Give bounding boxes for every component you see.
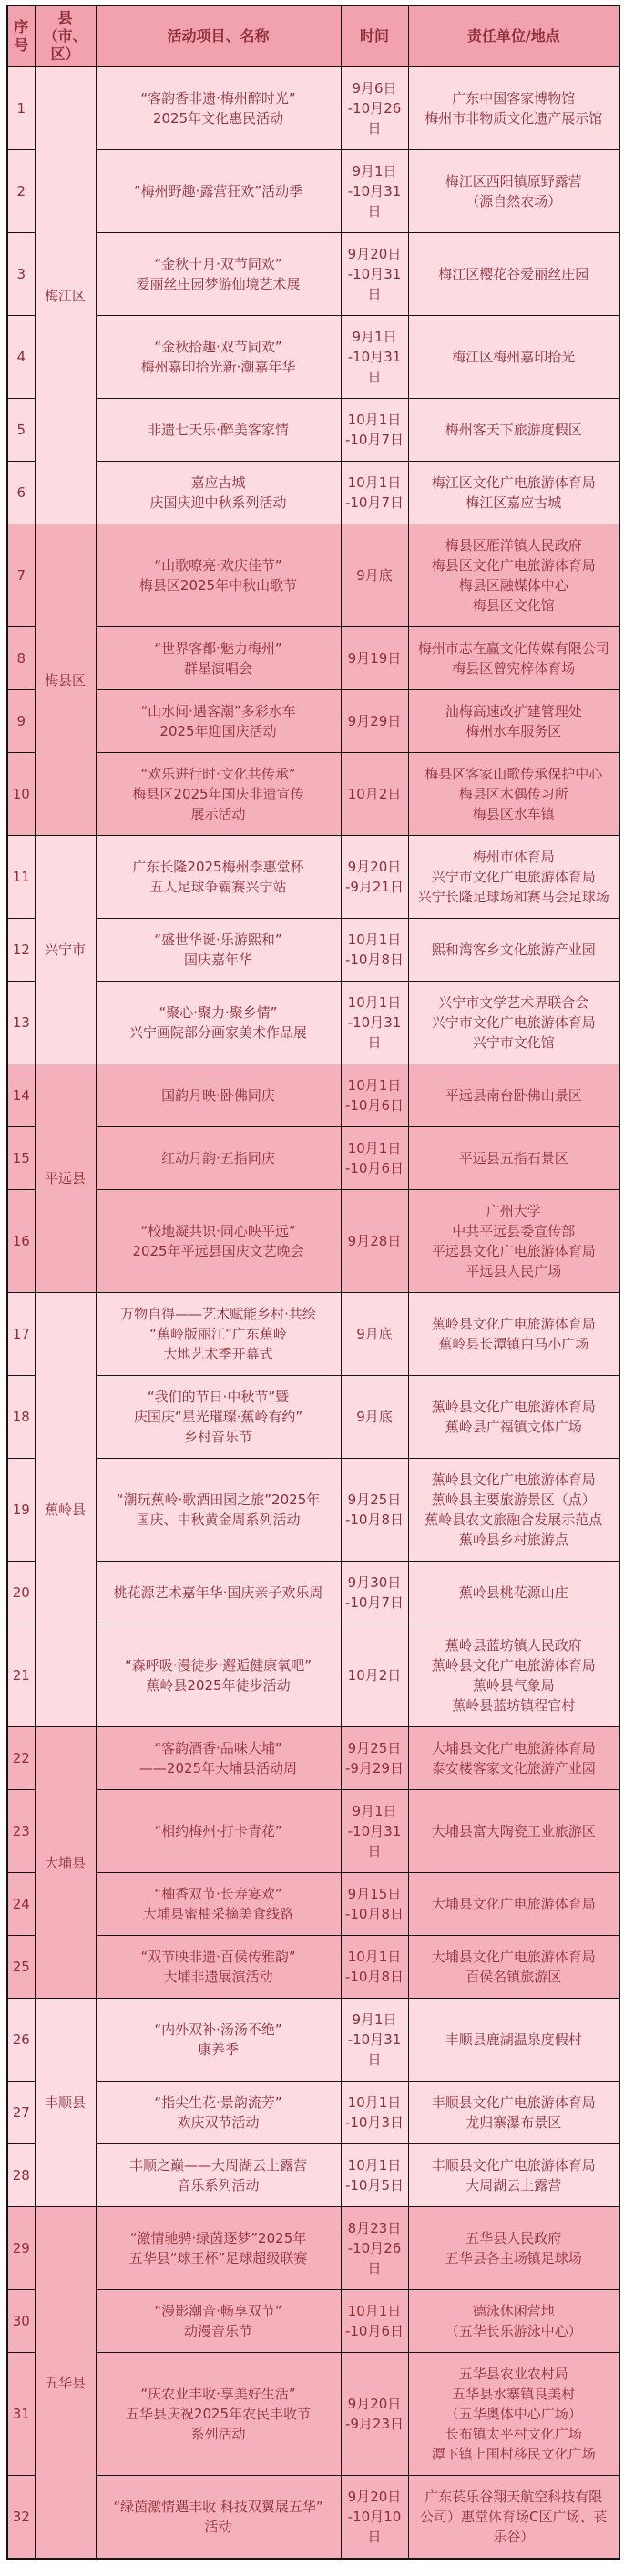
unit-line: 蕉岭县蓝坊镇程官村 bbox=[412, 1695, 617, 1716]
activity-line: “激情驰骋·绿茵逐梦”2025年 bbox=[99, 2228, 338, 2248]
unit-line: 兴宁市文化馆 bbox=[412, 1033, 617, 1053]
activity-cell: “相约梅州·打卡青花” bbox=[96, 1790, 341, 1873]
time-line: -10月3日 bbox=[344, 2113, 405, 2133]
unit-line: 梅江区嘉应古城 bbox=[412, 493, 617, 513]
unit-cell: 蕉岭县蓝坊镇人民政府蕉岭县文化广电旅游体育局蕉岭县气象局蕉岭县蓝坊镇程官村 bbox=[408, 1624, 619, 1727]
activity-line: “蕉岭版丽江”广东蕉岭 bbox=[99, 1324, 338, 1344]
time-line: -10月26日 bbox=[344, 98, 405, 138]
activity-cell: “金秋拾趣·双节同欢”梅州嘉印拾光新·潮嘉年华 bbox=[96, 316, 341, 399]
unit-cell: 丰顺县文化广电旅游体育局大周湖云上露营 bbox=[408, 2144, 619, 2207]
table-row: 10“欢乐进行时·文化共传承”梅县区2025年国庆非遗宣传展示活动10月2日梅县… bbox=[7, 753, 619, 836]
time-line: -9月29日 bbox=[344, 1758, 405, 1778]
unit-line: 平远县人民广场 bbox=[412, 1261, 617, 1281]
time-cell: 10月2日 bbox=[341, 753, 408, 836]
time-cell: 10月1日-10月8日 bbox=[341, 919, 408, 982]
row-number-cell: 12 bbox=[7, 919, 35, 982]
unit-cell: 梅江区樱花谷爱丽丝庄园 bbox=[408, 233, 619, 316]
row-number-cell: 17 bbox=[7, 1293, 35, 1376]
time-cell: 9月1日-10月31日 bbox=[341, 150, 408, 233]
time-line: -10月8日 bbox=[344, 1904, 405, 1924]
activity-line: ——2025年大埔县活动周 bbox=[99, 1758, 338, 1778]
unit-cell: 蕉岭县桃花源山庄 bbox=[408, 1562, 619, 1624]
activity-cell: “森呼吸·漫徒步·邂逅健康氧吧”蕉岭县2025年徒步活动 bbox=[96, 1624, 341, 1727]
activity-line: 非遗七天乐·醉美客家情 bbox=[99, 420, 338, 440]
table-row: 1梅江区“客韵香非遗·梅州醉时光”2025年文化惠民活动9月6日-10月26日广… bbox=[7, 67, 619, 150]
unit-line: 五华县水寨镇良美村 bbox=[412, 2384, 617, 2404]
activity-line: “相约梅州·打卡青花” bbox=[99, 1821, 338, 1841]
unit-line: 梅江区文化广电旅游体育局 bbox=[412, 473, 617, 493]
unit-line: 蕉岭县农文旅融合发展示范点 bbox=[412, 1510, 617, 1530]
time-line: 9月底 bbox=[344, 1324, 405, 1344]
county-cell: 蕉岭县 bbox=[35, 1293, 96, 1727]
activity-line: “聚心·聚力·聚乡情” bbox=[99, 1003, 338, 1023]
activity-line: 梅州嘉印拾光新·潮嘉年华 bbox=[99, 357, 338, 377]
time-cell: 10月1日-10月6日 bbox=[341, 2290, 408, 2353]
unit-line: 兴宁长隆足球场和赛马会足球场 bbox=[412, 887, 617, 907]
activity-cell: “山歌嘹亮·欢庆佳节”梅县区2025年中秋山歌节 bbox=[96, 524, 341, 627]
row-number-cell: 30 bbox=[7, 2290, 35, 2353]
unit-line: 蕉岭县文化广电旅游体育局 bbox=[412, 1314, 617, 1334]
time-line: -10月31日 bbox=[344, 264, 405, 304]
time-cell: 10月1日-10月3日 bbox=[341, 2082, 408, 2144]
row-number-cell: 4 bbox=[7, 316, 35, 399]
unit-line: 梅县区曾宪梓体育场 bbox=[412, 658, 617, 678]
unit-line: 大埔县富大陶瓷工业旅游区 bbox=[412, 1821, 617, 1841]
activity-line: “柚香双节·长寿宴欢” bbox=[99, 1884, 338, 1904]
time-line: 10月1日 bbox=[344, 2092, 405, 2113]
table-row: 5非遗七天乐·醉美客家情10月1日-10月7日梅州客天下旅游度假区 bbox=[7, 399, 619, 462]
unit-cell: 梅州市体育局兴宁市文化广电旅游体育局兴宁长隆足球场和赛马会足球场 bbox=[408, 836, 619, 919]
activity-line: 康养季 bbox=[99, 2040, 338, 2060]
table-row: 22大埔县“客韵酒香·品味大埔”——2025年大埔县活动周9月25日-9月29日… bbox=[7, 1727, 619, 1790]
table-row: 14平远县国韵月映·卧佛同庆10月1日-10月6日平远县南台卧佛山景区 bbox=[7, 1064, 619, 1127]
table-row: 12“盛世华诞·乐游熙和”国庆嘉年华10月1日-10月8日熙和湾客乡文化旅游产业… bbox=[7, 919, 619, 982]
activity-line: 蕉岭县2025年徒步活动 bbox=[99, 1675, 338, 1695]
time-line: 8月23日 bbox=[344, 2218, 405, 2238]
time-line: -10月7日 bbox=[344, 430, 405, 450]
unit-line: 梅州市志在赢文化传媒有限公司 bbox=[412, 638, 617, 658]
unit-line: 五华县各主场镇足球场 bbox=[412, 2248, 617, 2268]
unit-line: 兴宁市文化广电旅游体育局 bbox=[412, 867, 617, 887]
time-line: 9月15日 bbox=[344, 1884, 405, 1904]
row-number-cell: 9 bbox=[7, 690, 35, 753]
table-row: 24“柚香双节·长寿宴欢”大埔县蜜柚采摘美食线路9月15日-10月8日大埔县文化… bbox=[7, 1873, 619, 1936]
unit-line: 丰顺县文化广电旅游体育局 bbox=[412, 2155, 617, 2175]
time-cell: 9月20日-10月10日 bbox=[341, 2476, 408, 2560]
time-line: 9月28日 bbox=[344, 1231, 405, 1251]
unit-line: 大埔县文化广电旅游体育局 bbox=[412, 1947, 617, 1967]
unit-line: 梅江区西阳镇原野露营 bbox=[412, 171, 617, 191]
activity-line: 爱丽丝庄园梦游仙境艺术展 bbox=[99, 274, 338, 294]
time-line: 9月29日 bbox=[344, 711, 405, 731]
unit-line: 熙和湾客乡文化旅游产业园 bbox=[412, 940, 617, 960]
unit-cell: 平远县南台卧佛山景区 bbox=[408, 1064, 619, 1127]
time-cell: 9月25日-9月29日 bbox=[341, 1727, 408, 1790]
activity-line: 音乐系列活动 bbox=[99, 2175, 338, 2195]
activity-cell: 红动月韵·五指同庆 bbox=[96, 1127, 341, 1190]
time-line: 10月1日 bbox=[344, 1075, 405, 1095]
row-number-cell: 21 bbox=[7, 1624, 35, 1727]
time-line: 10月1日 bbox=[344, 1138, 405, 1158]
time-cell: 10月1日-10月6日 bbox=[341, 1127, 408, 1190]
activity-line: “金秋拾趣·双节同欢” bbox=[99, 337, 338, 357]
time-line: 9月底 bbox=[344, 1407, 405, 1427]
time-line: -10月8日 bbox=[344, 1510, 405, 1530]
activity-line: 国庆、中秋黄金周系列活动 bbox=[99, 1510, 338, 1530]
activity-line: 五华县庆祝2025年农民丰收节 bbox=[99, 2404, 338, 2424]
unit-line: 潭下镇上围村移民文化广场 bbox=[412, 2444, 617, 2464]
activity-line: 2025年迎国庆活动 bbox=[99, 721, 338, 741]
time-line: -9月21日 bbox=[344, 877, 405, 897]
activity-cell: 嘉应古城庆国庆迎中秋系列活动 bbox=[96, 462, 341, 524]
activity-line: “金秋十月·双节同欢” bbox=[99, 254, 338, 274]
activity-cell: 非遗七天乐·醉美客家情 bbox=[96, 399, 341, 462]
activity-line: 五华县“球王杯”足球超级联赛 bbox=[99, 2248, 338, 2268]
activity-line: “欢乐进行时·文化共传承” bbox=[99, 764, 338, 784]
unit-line: 梅江区梅州嘉印拾光 bbox=[412, 347, 617, 367]
unit-line: 广州大学 bbox=[412, 1201, 617, 1221]
county-cell: 五华县 bbox=[35, 2207, 96, 2560]
time-line: 10月1日 bbox=[344, 410, 405, 430]
unit-line: 蕉岭县文化广电旅游体育局 bbox=[412, 1397, 617, 1417]
time-cell: 10月1日-10月7日 bbox=[341, 399, 408, 462]
table-row: 32“绿茵激情遇丰收 科技双翼展五华”活动9月20日-10月10日广东苌乐谷翔天… bbox=[7, 2476, 619, 2560]
time-cell: 9月30日-10月7日 bbox=[341, 1562, 408, 1624]
time-line: -10月6日 bbox=[344, 1158, 405, 1178]
activity-line: “客韵酒香·品味大埔” bbox=[99, 1738, 338, 1758]
unit-line: 广东中国客家博物馆 bbox=[412, 88, 617, 108]
time-line: -10月31日 bbox=[344, 1013, 405, 1053]
unit-line: 蕉岭县长潭镇白马小广场 bbox=[412, 1334, 617, 1354]
row-number-cell: 3 bbox=[7, 233, 35, 316]
unit-line: 梅州市体育局 bbox=[412, 847, 617, 867]
time-line: -10月8日 bbox=[344, 950, 405, 970]
activity-line: 万物自得——艺术赋能乡村·共绘 bbox=[99, 1304, 338, 1324]
activity-line: “漫影潮音·畅享双节” bbox=[99, 2301, 338, 2321]
county-cell: 梅江区 bbox=[35, 67, 96, 524]
activity-line: 红动月韵·五指同庆 bbox=[99, 1148, 338, 1168]
unit-line: 梅县区雁洋镇人民政府 bbox=[412, 535, 617, 555]
county-cell: 平远县 bbox=[35, 1064, 96, 1293]
activity-line: “我们的节日·中秋节”暨 bbox=[99, 1387, 338, 1407]
time-cell: 10月1日-10月8日 bbox=[341, 1936, 408, 1999]
unit-line: 公司）惠堂体育场C区广场、苌 bbox=[412, 2507, 617, 2527]
time-cell: 9月底 bbox=[341, 524, 408, 627]
activity-cell: “金秋十月·双节同欢”爱丽丝庄园梦游仙境艺术展 bbox=[96, 233, 341, 316]
time-cell: 9月28日 bbox=[341, 1190, 408, 1293]
row-number-cell: 28 bbox=[7, 2144, 35, 2207]
unit-line: 蕉岭县蓝坊镇人民政府 bbox=[412, 1635, 617, 1655]
unit-cell: 梅江区梅州嘉印拾光 bbox=[408, 316, 619, 399]
unit-line: 梅州水车服务区 bbox=[412, 721, 617, 741]
unit-cell: 兴宁市文学艺术界联合会兴宁市文化广电旅游体育局兴宁市文化馆 bbox=[408, 982, 619, 1064]
activity-cell: 国韵月映·卧佛同庆 bbox=[96, 1064, 341, 1127]
unit-line: 蕉岭县乡村旅游点 bbox=[412, 1530, 617, 1550]
time-line: 9月25日 bbox=[344, 1738, 405, 1758]
activity-cell: 桃花源艺术嘉年华·国庆亲子欢乐周 bbox=[96, 1562, 341, 1624]
time-cell: 9月29日 bbox=[341, 690, 408, 753]
activity-cell: “山水间·遇客潮”多彩水车2025年迎国庆活动 bbox=[96, 690, 341, 753]
unit-cell: 大埔县文化广电旅游体育局泰安楼客家文化旅游产业园 bbox=[408, 1727, 619, 1790]
activity-line: 桃花源艺术嘉年华·国庆亲子欢乐周 bbox=[99, 1583, 338, 1603]
time-line: 10月2日 bbox=[344, 1665, 405, 1685]
unit-line: 蕉岭县气象局 bbox=[412, 1675, 617, 1695]
unit-cell: 大埔县文化广电旅游体育局百侯名镇旅游区 bbox=[408, 1936, 619, 1999]
column-header-activity: 活动项目、名称 bbox=[96, 5, 341, 67]
unit-cell: 大埔县文化广电旅游体育局 bbox=[408, 1873, 619, 1936]
table-row: 11兴宁市广东长隆2025梅州李惠堂杯五人足球争霸赛兴宁站9月20日-9月21日… bbox=[7, 836, 619, 919]
unit-cell: 熙和湾客乡文化旅游产业园 bbox=[408, 919, 619, 982]
table-row: 20桃花源艺术嘉年华·国庆亲子欢乐周9月30日-10月7日蕉岭县桃花源山庄 bbox=[7, 1562, 619, 1624]
header-row: 序号 县（市、区） 活动项目、名称 时间 责任单位/地点 bbox=[7, 5, 619, 67]
table-row: 27“指尖生花·景韵流芳”欢庆双节活动10月1日-10月3日丰顺县文化广电旅游体… bbox=[7, 2082, 619, 2144]
activity-line: “内外双补·汤汤不绝” bbox=[99, 2020, 338, 2040]
activity-cell: “客韵酒香·品味大埔”——2025年大埔县活动周 bbox=[96, 1727, 341, 1790]
activity-cell: “内外双补·汤汤不绝”康养季 bbox=[96, 1999, 341, 2082]
events-table: 序号 县（市、区） 活动项目、名称 时间 责任单位/地点 1梅江区“客韵香非遗·… bbox=[6, 5, 620, 2560]
activity-cell: “世界客都·魅力梅州”群星演唱会 bbox=[96, 627, 341, 690]
time-line: 10月2日 bbox=[344, 784, 405, 804]
row-number-cell: 25 bbox=[7, 1936, 35, 1999]
unit-line: 泰安楼客家文化旅游产业园 bbox=[412, 1758, 617, 1778]
activity-line: “盛世华诞·乐游熙和” bbox=[99, 930, 338, 950]
table-row: 9“山水间·遇客潮”多彩水车2025年迎国庆活动9月29日汕梅高速改扩建管理处梅… bbox=[7, 690, 619, 753]
unit-cell: 梅县区雁洋镇人民政府梅县区文化广电旅游体育局梅县区融媒体中心梅县区文化馆 bbox=[408, 524, 619, 627]
unit-line: 平远县文化广电旅游体育局 bbox=[412, 1241, 617, 1261]
time-cell: 9月1日-10月31日 bbox=[341, 1999, 408, 2082]
activity-line: 兴宁画院部分画家美术作品展 bbox=[99, 1023, 338, 1043]
table-row: 4“金秋拾趣·双节同欢”梅州嘉印拾光新·潮嘉年华9月1日-10月31日梅江区梅州… bbox=[7, 316, 619, 399]
time-line: 9月1日 bbox=[344, 327, 405, 347]
time-line: 9月20日 bbox=[344, 857, 405, 877]
row-number-cell: 11 bbox=[7, 836, 35, 919]
column-header-time: 时间 bbox=[341, 5, 408, 67]
activity-line: “双节映非遗·百侯传雅韵” bbox=[99, 1947, 338, 1967]
table-row: 16“校地凝共识·同心映平远”2025年平远县国庆文艺晚会9月28日广州大学中共… bbox=[7, 1190, 619, 1293]
time-cell: 9月15日-10月8日 bbox=[341, 1873, 408, 1936]
time-line: -10月31日 bbox=[344, 2030, 405, 2070]
time-line: -10月10日 bbox=[344, 2507, 405, 2547]
county-cell: 大埔县 bbox=[35, 1727, 96, 1999]
time-cell: 10月1日-10月5日 bbox=[341, 2144, 408, 2207]
unit-line: 蕉岭县广福镇文体广场 bbox=[412, 1417, 617, 1437]
unit-cell: 梅江区文化广电旅游体育局梅江区嘉应古城 bbox=[408, 462, 619, 524]
unit-line: 大周湖云上露营 bbox=[412, 2175, 617, 2195]
time-line: 10月1日 bbox=[344, 993, 405, 1013]
time-line: 9月19日 bbox=[344, 648, 405, 668]
table-row: 26丰顺县“内外双补·汤汤不绝”康养季9月1日-10月31日丰顺县鹿湖温泉度假村 bbox=[7, 1999, 619, 2082]
table-row: 15红动月韵·五指同庆10月1日-10月6日平远县五指石景区 bbox=[7, 1127, 619, 1190]
time-line: -10月8日 bbox=[344, 1967, 405, 1987]
row-number-cell: 13 bbox=[7, 982, 35, 1064]
time-cell: 10月1日-10月7日 bbox=[341, 462, 408, 524]
time-cell: 9月底 bbox=[341, 1376, 408, 1459]
activity-line: 群星演唱会 bbox=[99, 658, 338, 678]
unit-line: 兴宁市文学艺术界联合会 bbox=[412, 993, 617, 1013]
unit-line: 德泳休闲营地 bbox=[412, 2301, 617, 2321]
row-number-cell: 16 bbox=[7, 1190, 35, 1293]
unit-line: （五华长乐游泳中心） bbox=[412, 2321, 617, 2341]
activity-line: 国庆嘉年华 bbox=[99, 950, 338, 970]
time-cell: 9月6日-10月26日 bbox=[341, 67, 408, 150]
time-line: 9月25日 bbox=[344, 1490, 405, 1510]
unit-cell: 梅州市志在赢文化传媒有限公司梅县区曾宪梓体育场 bbox=[408, 627, 619, 690]
unit-cell: 广东苌乐谷翔天航空科技有限公司）惠堂体育场C区广场、苌乐谷） bbox=[408, 2476, 619, 2560]
time-line: -10月5日 bbox=[344, 2175, 405, 2195]
row-number-cell: 8 bbox=[7, 627, 35, 690]
unit-cell: 五华县农业农村局五华县水寨镇良美村（五华奥体中心广场）长布镇太平村文化广场潭下镇… bbox=[408, 2353, 619, 2476]
activity-line: 活动 bbox=[99, 2517, 338, 2537]
time-line: -10月31日 bbox=[344, 1821, 405, 1861]
time-cell: 10月1日-10月31日 bbox=[341, 982, 408, 1064]
unit-line: 乐谷） bbox=[412, 2527, 617, 2547]
table-row: 7梅县区“山歌嘹亮·欢庆佳节”梅县区2025年中秋山歌节9月底梅县区雁洋镇人民政… bbox=[7, 524, 619, 627]
time-cell: 9月20日-9月23日 bbox=[341, 2353, 408, 2476]
row-number-cell: 14 bbox=[7, 1064, 35, 1127]
row-number-cell: 22 bbox=[7, 1727, 35, 1790]
activity-cell: “校地凝共识·同心映平远”2025年平远县国庆文艺晚会 bbox=[96, 1190, 341, 1293]
time-cell: 8月23日-10月26日 bbox=[341, 2207, 408, 2290]
time-line: -10月6日 bbox=[344, 2321, 405, 2341]
activity-line: 2025年平远县国庆文艺晚会 bbox=[99, 1241, 338, 1261]
time-line: -10月31日 bbox=[344, 181, 405, 221]
activity-line: “山歌嘹亮·欢庆佳节” bbox=[99, 555, 338, 575]
unit-line: 龙归寨瀑布景区 bbox=[412, 2113, 617, 2133]
unit-line: 广东苌乐谷翔天航空科技有限 bbox=[412, 2487, 617, 2507]
row-number-cell: 6 bbox=[7, 462, 35, 524]
time-cell: 10月1日-10月6日 bbox=[341, 1064, 408, 1127]
unit-cell: 丰顺县文化广电旅游体育局龙归寨瀑布景区 bbox=[408, 2082, 619, 2144]
time-line: 9月20日 bbox=[344, 244, 405, 264]
table-row: 23“相约梅州·打卡青花”9月1日-10月31日大埔县富大陶瓷工业旅游区 bbox=[7, 1790, 619, 1873]
unit-line: 大埔县文化广电旅游体育局 bbox=[412, 1738, 617, 1758]
unit-line: 梅县区文化馆 bbox=[412, 596, 617, 616]
unit-line: 蕉岭县主要旅游景区（点） bbox=[412, 1490, 617, 1510]
time-cell: 9月20日-10月31日 bbox=[341, 233, 408, 316]
time-line: 9月1日 bbox=[344, 161, 405, 181]
unit-cell: 蕉岭县文化广电旅游体育局蕉岭县广福镇文体广场 bbox=[408, 1376, 619, 1459]
table-row: 28丰顺之巅——大周湖云上露营音乐系列活动10月1日-10月5日丰顺县文化广电旅… bbox=[7, 2144, 619, 2207]
row-number-cell: 20 bbox=[7, 1562, 35, 1624]
time-line: 10月1日 bbox=[344, 1947, 405, 1967]
table-body: 1梅江区“客韵香非遗·梅州醉时光”2025年文化惠民活动9月6日-10月26日广… bbox=[7, 67, 619, 2560]
unit-line: 梅县区水车镇 bbox=[412, 804, 617, 824]
table-row: 2“梅州野趣·露营狂欢”活动季9月1日-10月31日梅江区西阳镇原野露营（源自然… bbox=[7, 150, 619, 233]
activity-line: 庆国庆“星光璀璨·蕉岭有约” bbox=[99, 1407, 338, 1427]
unit-line: 梅县区木偶传习所 bbox=[412, 784, 617, 804]
activity-cell: 广东长隆2025梅州李惠堂杯五人足球争霸赛兴宁站 bbox=[96, 836, 341, 919]
table-row: 8“世界客都·魅力梅州”群星演唱会9月19日梅州市志在赢文化传媒有限公司梅县区曾… bbox=[7, 627, 619, 690]
time-line: 10月1日 bbox=[344, 2155, 405, 2175]
unit-line: 梅江区樱花谷爱丽丝庄园 bbox=[412, 264, 617, 284]
row-number-cell: 5 bbox=[7, 399, 35, 462]
time-cell: 9月25日-10月8日 bbox=[341, 1459, 408, 1562]
unit-line: 平远县五指石景区 bbox=[412, 1148, 617, 1168]
activity-cell: “激情驰骋·绿茵逐梦”2025年五华县“球王杯”足球超级联赛 bbox=[96, 2207, 341, 2290]
activity-cell: “聚心·聚力·聚乡情”兴宁画院部分画家美术作品展 bbox=[96, 982, 341, 1064]
time-line: 9月30日 bbox=[344, 1573, 405, 1593]
unit-line: 蕉岭县桃花源山庄 bbox=[412, 1583, 617, 1603]
activity-line: “庆农业丰收·享美好生活” bbox=[99, 2384, 338, 2404]
time-line: -10月6日 bbox=[344, 1095, 405, 1115]
unit-line: 蕉岭县文化广电旅游体育局 bbox=[412, 1470, 617, 1490]
unit-cell: 广东中国客家博物馆梅州市非物质文化遗产展示馆 bbox=[408, 67, 619, 150]
time-line: 10月1日 bbox=[344, 930, 405, 950]
unit-line: 兴宁市文化广电旅游体育局 bbox=[412, 1013, 617, 1033]
unit-line: 长布镇太平村文化广场 bbox=[412, 2424, 617, 2444]
unit-line: 五华县人民政府 bbox=[412, 2228, 617, 2248]
unit-cell: 德泳休闲营地（五华长乐游泳中心） bbox=[408, 2290, 619, 2353]
activity-cell: “庆农业丰收·享美好生活”五华县庆祝2025年农民丰收节系列活动 bbox=[96, 2353, 341, 2476]
activity-cell: “我们的节日·中秋节”暨庆国庆“星光璀璨·蕉岭有约”乡村音乐节 bbox=[96, 1376, 341, 1459]
activity-cell: “潮玩蕉岭·歌酒田园之旅”2025年国庆、中秋黄金周系列活动 bbox=[96, 1459, 341, 1562]
row-number-cell: 24 bbox=[7, 1873, 35, 1936]
column-header-county: 县（市、区） bbox=[35, 5, 96, 67]
activity-line: 系列活动 bbox=[99, 2424, 338, 2444]
table-row: 19“潮玩蕉岭·歌酒田园之旅”2025年国庆、中秋黄金周系列活动9月25日-10… bbox=[7, 1459, 619, 1562]
row-number-cell: 29 bbox=[7, 2207, 35, 2290]
activity-line: 梅县区2025年国庆非遗宣传 bbox=[99, 784, 338, 804]
activity-line: 五人足球争霸赛兴宁站 bbox=[99, 877, 338, 897]
table-row: 17蕉岭县万物自得——艺术赋能乡村·共绘“蕉岭版丽江”广东蕉岭大地艺术季开幕式9… bbox=[7, 1293, 619, 1376]
activity-line: 梅县区2025年中秋山歌节 bbox=[99, 575, 338, 596]
time-line: 10月1日 bbox=[344, 2301, 405, 2321]
unit-cell: 蕉岭县文化广电旅游体育局蕉岭县主要旅游景区（点）蕉岭县农文旅融合发展示范点蕉岭县… bbox=[408, 1459, 619, 1562]
row-number-cell: 31 bbox=[7, 2353, 35, 2476]
unit-line: 丰顺县鹿湖温泉度假村 bbox=[412, 2030, 617, 2050]
time-cell: 10月2日 bbox=[341, 1624, 408, 1727]
unit-cell: 平远县五指石景区 bbox=[408, 1127, 619, 1190]
time-cell: 9月19日 bbox=[341, 627, 408, 690]
time-line: 9月20日 bbox=[344, 2487, 405, 2507]
unit-line: 梅县区客家山歌传承保护中心 bbox=[412, 764, 617, 784]
time-line: -10月7日 bbox=[344, 1593, 405, 1613]
activity-line: “客韵香非遗·梅州醉时光” bbox=[99, 88, 338, 108]
unit-cell: 丰顺县鹿湖温泉度假村 bbox=[408, 1999, 619, 2082]
unit-line: 蕉岭县文化广电旅游体育局 bbox=[412, 1655, 617, 1675]
time-line: 9月底 bbox=[344, 565, 405, 585]
unit-line: 百侯名镇旅游区 bbox=[412, 1967, 617, 1987]
row-number-cell: 1 bbox=[7, 67, 35, 150]
unit-line: 丰顺县文化广电旅游体育局 bbox=[412, 2092, 617, 2113]
county-cell: 兴宁市 bbox=[35, 836, 96, 1064]
unit-cell: 五华县人民政府五华县各主场镇足球场 bbox=[408, 2207, 619, 2290]
unit-cell: 蕉岭县文化广电旅游体育局蕉岭县长潭镇白马小广场 bbox=[408, 1293, 619, 1376]
unit-line: 五华县农业农村局 bbox=[412, 2364, 617, 2384]
unit-line: 梅县区文化广电旅游体育局 bbox=[412, 555, 617, 575]
activity-cell: 万物自得——艺术赋能乡村·共绘“蕉岭版丽江”广东蕉岭大地艺术季开幕式 bbox=[96, 1293, 341, 1376]
unit-cell: 汕梅高速改扩建管理处梅州水车服务区 bbox=[408, 690, 619, 753]
unit-cell: 梅州客天下旅游度假区 bbox=[408, 399, 619, 462]
activity-line: 大埔县蜜柚采摘美食线路 bbox=[99, 1904, 338, 1924]
activity-cell: “指尖生花·景韵流芳”欢庆双节活动 bbox=[96, 2082, 341, 2144]
activity-line: 庆国庆迎中秋系列活动 bbox=[99, 493, 338, 513]
unit-line: 平远县南台卧佛山景区 bbox=[412, 1085, 617, 1105]
row-number-cell: 15 bbox=[7, 1127, 35, 1190]
time-cell: 9月1日-10月31日 bbox=[341, 1790, 408, 1873]
row-number-cell: 7 bbox=[7, 524, 35, 627]
unit-line: （源自然农场） bbox=[412, 191, 617, 211]
activity-line: “世界客都·魅力梅州” bbox=[99, 638, 338, 658]
activity-line: 展示活动 bbox=[99, 804, 338, 824]
activity-line: “校地凝共识·同心映平远” bbox=[99, 1221, 338, 1241]
time-line: -10月26日 bbox=[344, 2238, 405, 2278]
county-cell: 梅县区 bbox=[35, 524, 96, 836]
activity-line: 乡村音乐节 bbox=[99, 1427, 338, 1447]
activity-cell: “梅州野趣·露营狂欢”活动季 bbox=[96, 150, 341, 233]
page: 序号 县（市、区） 活动项目、名称 时间 责任单位/地点 1梅江区“客韵香非遗·… bbox=[0, 0, 624, 2576]
county-cell: 丰顺县 bbox=[35, 1999, 96, 2207]
